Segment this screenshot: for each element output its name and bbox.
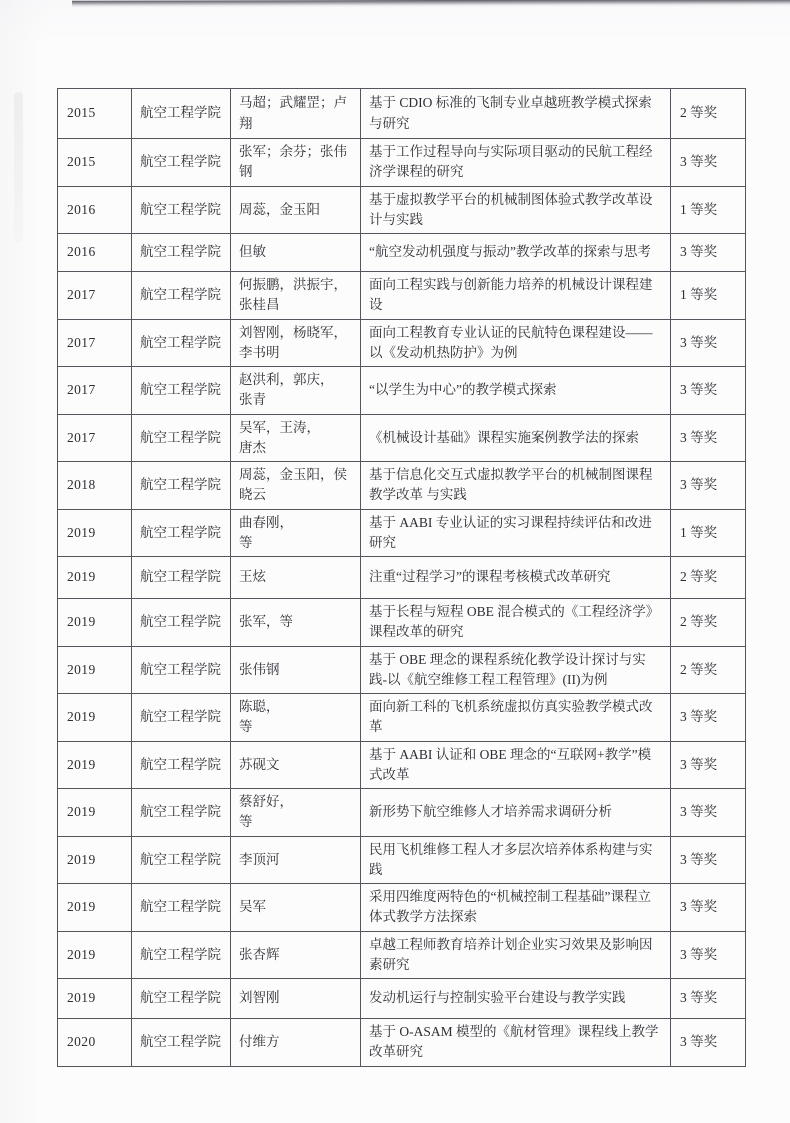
award-cell: 3 等奖 xyxy=(671,319,746,367)
college-cell: 航空工程学院 xyxy=(132,979,231,1019)
year-cell: 2017 xyxy=(58,367,132,415)
title-cell: 基于 AABI 认证和 OBE 理念的“互联网+教学”模式改革 xyxy=(361,741,671,789)
title-cell: 基于信息化交互式虚拟教学平台的机械制图课程教学改革 与实践 xyxy=(361,462,671,510)
award-cell: 1 等奖 xyxy=(671,186,746,234)
year-cell: 2019 xyxy=(58,694,132,742)
year-cell: 2019 xyxy=(58,646,132,694)
table-row: 2019航空工程学院苏砚文基于 AABI 认证和 OBE 理念的“互联网+教学”… xyxy=(58,741,746,789)
award-cell: 3 等奖 xyxy=(671,931,746,979)
title-cell: 基于 AABI 专业认证的实习课程持续评估和改进研究 xyxy=(361,509,671,557)
authors-cell: 何振鹏，洪振宇，张桂昌 xyxy=(231,272,361,320)
title-cell: 面向工程教育专业认证的民航特色课程建设——以《发动机热防护》为例 xyxy=(361,319,671,367)
college-cell: 航空工程学院 xyxy=(132,186,231,234)
title-cell: 基于工作过程导向与实际项目驱动的民航工程经济学课程的研究 xyxy=(361,139,671,187)
college-cell: 航空工程学院 xyxy=(132,646,231,694)
title-cell: 《机械设计基础》课程实施案例教学法的探索 xyxy=(361,414,671,462)
award-cell: 3 等奖 xyxy=(671,462,746,510)
award-cell: 3 等奖 xyxy=(671,789,746,837)
title-cell: 新形势下航空维修人才培养需求调研分析 xyxy=(361,789,671,837)
college-cell: 航空工程学院 xyxy=(132,509,231,557)
college-cell: 航空工程学院 xyxy=(132,599,231,647)
table-row: 2020航空工程学院付维方基于 O-ASAM 模型的《航材管理》课程线上教学改革… xyxy=(58,1019,746,1067)
title-cell: “以学生为中心”的教学模式探索 xyxy=(361,367,671,415)
authors-cell: 吴军，王涛， 唐杰 xyxy=(231,414,361,462)
year-cell: 2019 xyxy=(58,884,132,932)
table-row: 2019航空工程学院张伟钢基于 OBE 理念的课程系统化教学设计探讨与实践-以《… xyxy=(58,646,746,694)
table-row: 2015航空工程学院张军；余芬；张伟钢基于工作过程导向与实际项目驱动的民航工程经… xyxy=(58,139,746,187)
awards-table-body: 2015航空工程学院马超；武耀罡；卢翔基于 CDIO 标准的飞制专业卓越班教学模… xyxy=(58,89,746,1067)
authors-cell: 吴军 xyxy=(231,884,361,932)
year-cell: 2019 xyxy=(58,979,132,1019)
year-cell: 2019 xyxy=(58,931,132,979)
authors-cell: 张杏辉 xyxy=(231,931,361,979)
scan-left-smudge xyxy=(14,92,23,242)
award-cell: 3 等奖 xyxy=(671,836,746,884)
authors-cell: 周蕊，金玉阳，侯晓云 xyxy=(231,462,361,510)
table-row: 2016航空工程学院周蕊，金玉阳基于虚拟教学平台的机械制图体验式教学改革设计与实… xyxy=(58,186,746,234)
college-cell: 航空工程学院 xyxy=(132,836,231,884)
award-cell: 2 等奖 xyxy=(671,557,746,599)
award-cell: 2 等奖 xyxy=(671,89,746,139)
table-row: 2019航空工程学院吴军采用四维度两特色的“机械控制工程基础”课程立体式教学方法… xyxy=(58,884,746,932)
table-row: 2019航空工程学院蔡舒好， 等新形势下航空维修人才培养需求调研分析3 等奖 xyxy=(58,789,746,837)
authors-cell: 张伟钢 xyxy=(231,646,361,694)
year-cell: 2019 xyxy=(58,599,132,647)
award-cell: 3 等奖 xyxy=(671,234,746,272)
table-row: 2017航空工程学院赵洪利，郭庆， 张青“以学生为中心”的教学模式探索3 等奖 xyxy=(58,367,746,415)
year-cell: 2019 xyxy=(58,557,132,599)
award-cell: 1 等奖 xyxy=(671,272,746,320)
title-cell: 基于 CDIO 标准的飞制专业卓越班教学模式探索与研究 xyxy=(361,89,671,139)
college-cell: 航空工程学院 xyxy=(132,557,231,599)
award-cell: 3 等奖 xyxy=(671,1019,746,1067)
award-cell: 3 等奖 xyxy=(671,884,746,932)
table-row: 2017航空工程学院何振鹏，洪振宇，张桂昌面向工程实践与创新能力培养的机械设计课… xyxy=(58,272,746,320)
year-cell: 2019 xyxy=(58,789,132,837)
college-cell: 航空工程学院 xyxy=(132,272,231,320)
college-cell: 航空工程学院 xyxy=(132,694,231,742)
college-cell: 航空工程学院 xyxy=(132,741,231,789)
authors-cell: 赵洪利，郭庆， 张青 xyxy=(231,367,361,415)
award-cell: 3 等奖 xyxy=(671,979,746,1019)
college-cell: 航空工程学院 xyxy=(132,414,231,462)
year-cell: 2018 xyxy=(58,462,132,510)
title-cell: 基于 O-ASAM 模型的《航材管理》课程线上教学改革研究 xyxy=(361,1019,671,1067)
table-row: 2017航空工程学院吴军，王涛， 唐杰《机械设计基础》课程实施案例教学法的探索3… xyxy=(58,414,746,462)
year-cell: 2017 xyxy=(58,414,132,462)
award-cell: 1 等奖 xyxy=(671,509,746,557)
year-cell: 2015 xyxy=(58,89,132,139)
title-cell: 注重“过程学习”的课程考核模式改革研究 xyxy=(361,557,671,599)
authors-cell: 王炫 xyxy=(231,557,361,599)
table-row: 2019航空工程学院陈聪， 等面向新工科的飞机系统虚拟仿真实验教学模式改革3 等… xyxy=(58,694,746,742)
scan-edge-artifact xyxy=(72,0,790,8)
title-cell: 发动机运行与控制实验平台建设与教学实践 xyxy=(361,979,671,1019)
authors-cell: 刘智刚 xyxy=(231,979,361,1019)
authors-cell: 曲春刚， 等 xyxy=(231,509,361,557)
authors-cell: 苏砚文 xyxy=(231,741,361,789)
college-cell: 航空工程学院 xyxy=(132,89,231,139)
authors-cell: 刘智刚，杨晓军，李书明 xyxy=(231,319,361,367)
authors-cell: 张军，等 xyxy=(231,599,361,647)
award-cell: 2 等奖 xyxy=(671,646,746,694)
title-cell: “航空发动机强度与振动”教学改革的探索与思考 xyxy=(361,234,671,272)
college-cell: 航空工程学院 xyxy=(132,367,231,415)
year-cell: 2016 xyxy=(58,234,132,272)
table-row: 2018航空工程学院周蕊，金玉阳，侯晓云基于信息化交互式虚拟教学平台的机械制图课… xyxy=(58,462,746,510)
title-cell: 面向新工科的飞机系统虚拟仿真实验教学模式改革 xyxy=(361,694,671,742)
college-cell: 航空工程学院 xyxy=(132,319,231,367)
authors-cell: 李顶河 xyxy=(231,836,361,884)
year-cell: 2019 xyxy=(58,836,132,884)
title-cell: 采用四维度两特色的“机械控制工程基础”课程立体式教学方法探索 xyxy=(361,884,671,932)
title-cell: 基于 OBE 理念的课程系统化教学设计探讨与实践-以《航空维修工程工程管理》(I… xyxy=(361,646,671,694)
year-cell: 2019 xyxy=(58,509,132,557)
college-cell: 航空工程学院 xyxy=(132,931,231,979)
authors-cell: 蔡舒好， 等 xyxy=(231,789,361,837)
authors-cell: 马超；武耀罡；卢翔 xyxy=(231,89,361,139)
year-cell: 2015 xyxy=(58,139,132,187)
table-row: 2016航空工程学院但敏“航空发动机强度与振动”教学改革的探索与思考3 等奖 xyxy=(58,234,746,272)
year-cell: 2020 xyxy=(58,1019,132,1067)
award-cell: 3 等奖 xyxy=(671,414,746,462)
authors-cell: 付维方 xyxy=(231,1019,361,1067)
authors-cell: 但敏 xyxy=(231,234,361,272)
table-row: 2019航空工程学院张军，等基于长程与短程 OBE 混合模式的《工程经济学》课程… xyxy=(58,599,746,647)
table-row: 2019航空工程学院李顶河民用飞机维修工程人才多层次培养体系构建与实践3 等奖 xyxy=(58,836,746,884)
table-row: 2019航空工程学院王炫注重“过程学习”的课程考核模式改革研究2 等奖 xyxy=(58,557,746,599)
authors-cell: 张军；余芬；张伟钢 xyxy=(231,139,361,187)
table-row: 2019航空工程学院曲春刚， 等基于 AABI 专业认证的实习课程持续评估和改进… xyxy=(58,509,746,557)
title-cell: 面向工程实践与创新能力培养的机械设计课程建设 xyxy=(361,272,671,320)
college-cell: 航空工程学院 xyxy=(132,462,231,510)
college-cell: 航空工程学院 xyxy=(132,1019,231,1067)
award-cell: 2 等奖 xyxy=(671,599,746,647)
award-cell: 3 等奖 xyxy=(671,694,746,742)
year-cell: 2019 xyxy=(58,741,132,789)
year-cell: 2017 xyxy=(58,272,132,320)
table-row: 2015航空工程学院马超；武耀罡；卢翔基于 CDIO 标准的飞制专业卓越班教学模… xyxy=(58,89,746,139)
authors-cell: 周蕊，金玉阳 xyxy=(231,186,361,234)
college-cell: 航空工程学院 xyxy=(132,139,231,187)
college-cell: 航空工程学院 xyxy=(132,234,231,272)
college-cell: 航空工程学院 xyxy=(132,789,231,837)
award-cell: 3 等奖 xyxy=(671,367,746,415)
awards-table: 2015航空工程学院马超；武耀罡；卢翔基于 CDIO 标准的飞制专业卓越班教学模… xyxy=(57,88,746,1067)
table-row: 2019航空工程学院张杏辉卓越工程师教育培养计划企业实习效果及影响因素研究3 等… xyxy=(58,931,746,979)
title-cell: 基于虚拟教学平台的机械制图体验式教学改革设计与实践 xyxy=(361,186,671,234)
title-cell: 卓越工程师教育培养计划企业实习效果及影响因素研究 xyxy=(361,931,671,979)
college-cell: 航空工程学院 xyxy=(132,884,231,932)
award-cell: 3 等奖 xyxy=(671,741,746,789)
table-row: 2017航空工程学院刘智刚，杨晓军，李书明面向工程教育专业认证的民航特色课程建设… xyxy=(58,319,746,367)
year-cell: 2016 xyxy=(58,186,132,234)
authors-cell: 陈聪， 等 xyxy=(231,694,361,742)
year-cell: 2017 xyxy=(58,319,132,367)
table-row: 2019航空工程学院刘智刚发动机运行与控制实验平台建设与教学实践3 等奖 xyxy=(58,979,746,1019)
title-cell: 民用飞机维修工程人才多层次培养体系构建与实践 xyxy=(361,836,671,884)
title-cell: 基于长程与短程 OBE 混合模式的《工程经济学》课程改革的研究 xyxy=(361,599,671,647)
award-cell: 3 等奖 xyxy=(671,139,746,187)
